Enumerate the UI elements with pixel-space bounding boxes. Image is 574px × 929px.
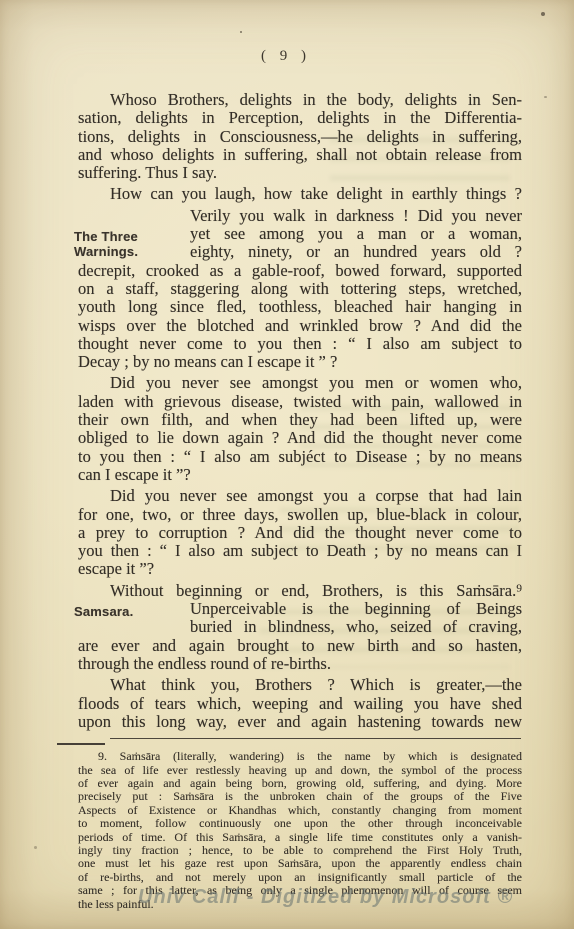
footnote-separator (78, 736, 522, 748)
text-line: Whoso Brothers, delights in the body, de… (110, 91, 522, 109)
text-line: youth long since fled, toothless, bleach… (78, 298, 522, 316)
paper-speck (240, 31, 242, 33)
scanned-book-page: ( 9 ) Whoso Brothers, delights in the bo… (0, 0, 574, 929)
margin-note: Samsara. (74, 604, 133, 619)
footnote-line: of re-births, and not merely upon an ins… (78, 871, 522, 884)
text-line: their own filth, and when they had been … (78, 411, 522, 429)
text-line: yet see among you a man or a woman, (190, 225, 522, 243)
text-line: through the endless round of re-births. (78, 655, 522, 673)
text-line: upon this long way, ever and again haste… (78, 713, 522, 731)
text-line: buried in blindness, who, seized of crav… (190, 618, 522, 636)
text-line: thought never come to you then : “ I als… (78, 335, 522, 353)
text-line: Verily you walk in darkness ! Did you ne… (190, 207, 522, 225)
text-line: escape it ”? (78, 560, 522, 578)
text-line: a prey to corruption ? And did the thoug… (78, 524, 522, 542)
main-text-column: Whoso Brothers, delights in the body, de… (78, 91, 522, 731)
text-line: on a staff, staggering along with totter… (78, 280, 522, 298)
text-line: you then : “ I also am subject to Death … (78, 542, 522, 560)
text-line: Without beginning or end, Brothers, is t… (110, 582, 522, 600)
text-line: How can you laugh, how take delight in e… (110, 185, 522, 203)
text-line: Did you never see amongst you men or wom… (110, 374, 522, 392)
footnote-rule-short (57, 743, 105, 745)
footnote-line: 9. Saṁsāra (literally, wandering) is the… (98, 750, 522, 763)
page-number: ( 9 ) (64, 48, 508, 65)
footnote-line: ingly tiny fraction ; hence, to be able … (78, 844, 522, 857)
margin-note-line: Samsara. (74, 604, 133, 619)
paper-speck (541, 12, 545, 16)
text-line: floods of tears which, weeping and waili… (78, 695, 522, 713)
text-line: tions, delights in Consciousness,—he del… (78, 128, 522, 146)
text-line: sation, delights in Perception, delights… (78, 109, 522, 127)
text-line: are ever and again brought to new birth … (78, 637, 522, 655)
footnote-line: periods of time. Of this Saṁsāra, a sing… (78, 831, 522, 844)
paragraph: What think you, Brothers ? Which is grea… (78, 676, 522, 731)
paragraph: Did you never see amongst you men or wom… (78, 374, 522, 484)
margin-note-line: Warnings. (74, 244, 138, 259)
footnote-line: precisely put : Saṁsāra is the unbroken … (78, 790, 522, 803)
footnote-line: of ever again and again being born, grow… (78, 777, 522, 790)
paragraph: Whoso Brothers, delights in the body, de… (78, 91, 522, 182)
paper-speck (544, 96, 547, 98)
paragraph: How can you laugh, how take delight in e… (78, 185, 522, 203)
footnote-line: the sea of life ever restlessly heaving … (78, 764, 522, 777)
text-line: Decay ; by no means can I escape it ” ? (78, 353, 522, 371)
margin-note-line: The Three (74, 229, 138, 244)
text-line: and whoso delights in suffering, shall n… (78, 146, 522, 164)
text-line: What think you, Brothers ? Which is grea… (110, 676, 522, 694)
paper-speck (34, 846, 37, 849)
margin-note: The ThreeWarnings. (74, 229, 138, 259)
text-line: obliged to lie down again ? And did the … (78, 429, 522, 447)
text-line: for one, two, or three days, swollen up,… (78, 506, 522, 524)
digitization-watermark: Univ Calif - Digitized by Microsoft ® (138, 886, 513, 909)
footnote-line: to moment, follow continuously one upon … (78, 817, 522, 830)
text-line: Did you never see amongst you a corpse t… (110, 487, 522, 505)
text-line: suffering. Thus I say. (78, 164, 522, 182)
text-line: laden with grievous disease, twisted wit… (78, 393, 522, 411)
footnote-line: one must let his gaze rest upon Saṁsāra,… (78, 857, 522, 870)
text-line: decrepit, crooked as a gable-roof, bowed… (78, 262, 522, 280)
text-line: can I escape it ”? (78, 466, 522, 484)
text-line: to you then : “ I also am subjéct to Dis… (78, 448, 522, 466)
footnote-line: Aspects of Existence or Khandhas which, … (78, 804, 522, 817)
paragraph: Samsara.Without beginning or end, Brothe… (78, 582, 522, 673)
paragraph: Did you never see amongst you a corpse t… (78, 487, 522, 578)
footnote-rule-long (110, 738, 521, 739)
text-line: eighty, ninety, or an hundred years old … (190, 243, 522, 261)
text-line: wisps over the blotched and wrinkled bro… (78, 317, 522, 335)
paragraph: The ThreeWarnings.Verily you walk in dar… (78, 207, 522, 372)
text-line: Unperceivable is the beginning of Beings (190, 600, 522, 618)
